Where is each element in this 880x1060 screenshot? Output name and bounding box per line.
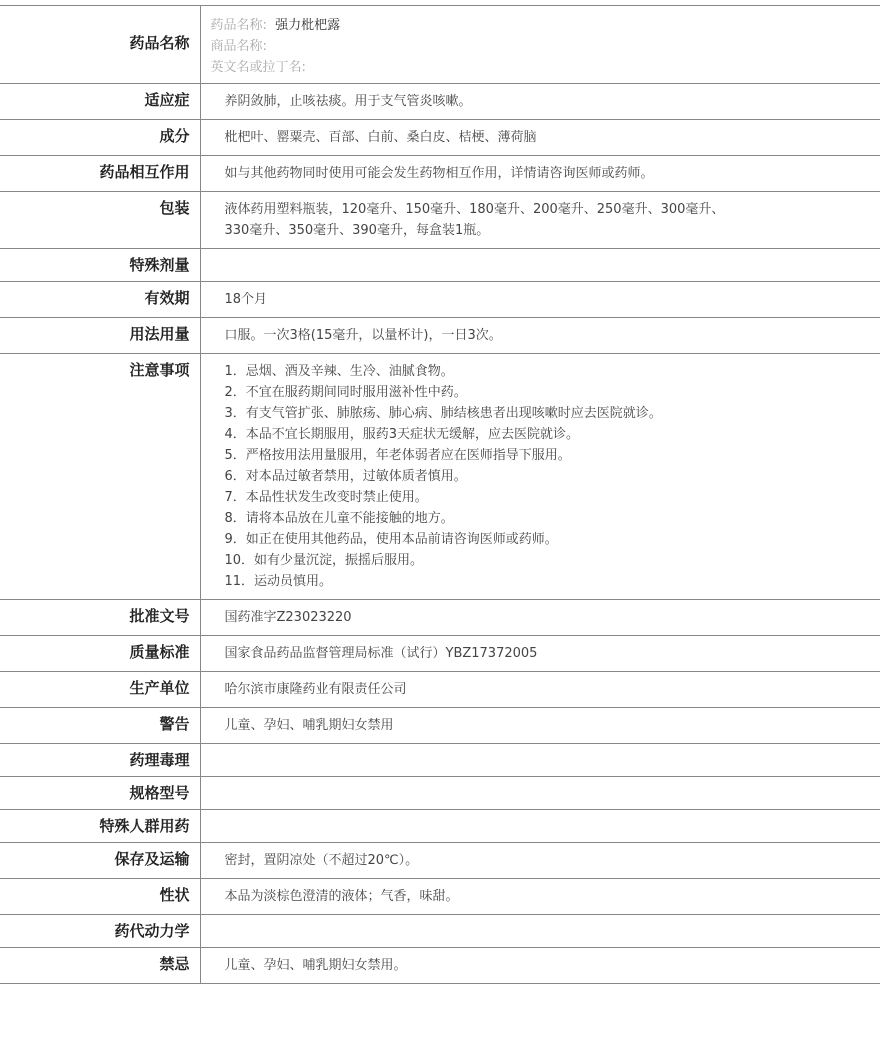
row-precautions: 注意事项 1．忌烟、酒及辛辣、生冷、油腻食物。 2．不宜在服药期间同时服用滋补性…	[0, 354, 880, 600]
label-indications: 适应症	[0, 84, 200, 120]
value-special-dosage	[200, 249, 880, 282]
value-contraindications: 儿童、孕妇、哺乳期妇女禁用。	[200, 948, 880, 984]
precaution-item: 1．忌烟、酒及辛辣、生冷、油腻食物。	[225, 361, 880, 382]
label-warning: 警告	[0, 708, 200, 744]
value-pharmacokinetics	[200, 915, 880, 948]
value-specification	[200, 777, 880, 810]
precaution-item: 2．不宜在服药期间同时服用滋补性中药。	[225, 382, 880, 403]
label-approval-number: 批准文号	[0, 600, 200, 636]
trade-name-line: 商品名称:	[211, 36, 880, 57]
value-shelf-life: 18个月	[200, 282, 880, 318]
label-manufacturer: 生产单位	[0, 672, 200, 708]
row-warning: 警告 儿童、孕妇、哺乳期妇女禁用	[0, 708, 880, 744]
value-warning: 儿童、孕妇、哺乳期妇女禁用	[200, 708, 880, 744]
value-packaging: 液体药用塑料瓶装，120毫升、150毫升、180毫升、200毫升、250毫升、3…	[200, 192, 880, 249]
precaution-item: 9．如正在使用其他药品，使用本品前请咨询医师或药师。	[225, 529, 880, 550]
value-ingredients: 枇杷叶、罂粟壳、百部、白前、桑白皮、桔梗、薄荷脑	[200, 120, 880, 156]
row-quality-standard: 质量标准 国家食品药品监督管理局标准（试行）YBZ17372005	[0, 636, 880, 672]
label-shelf-life: 有效期	[0, 282, 200, 318]
value-precautions: 1．忌烟、酒及辛辣、生冷、油腻食物。 2．不宜在服药期间同时服用滋补性中药。 3…	[200, 354, 880, 600]
value-indications: 养阴敛肺，止咳祛痰。用于支气管炎咳嗽。	[200, 84, 880, 120]
label-interactions: 药品相互作用	[0, 156, 200, 192]
row-contraindications: 禁忌 儿童、孕妇、哺乳期妇女禁用。	[0, 948, 880, 984]
row-storage-transport: 保存及运输 密封，置阴凉处（不超过20℃）。	[0, 843, 880, 879]
label-contraindications: 禁忌	[0, 948, 200, 984]
precaution-item: 6．对本品过敏者禁用，过敏体质者慎用。	[225, 466, 880, 487]
generic-name-line: 药品名称: 强力枇杷露	[211, 15, 880, 36]
precautions-list: 1．忌烟、酒及辛辣、生冷、油腻食物。 2．不宜在服药期间同时服用滋补性中药。 3…	[225, 361, 880, 592]
generic-name-value: 强力枇杷露	[275, 18, 340, 33]
value-quality-standard: 国家食品药品监督管理局标准（试行）YBZ17372005	[200, 636, 880, 672]
row-ingredients: 成分 枇杷叶、罂粟壳、百部、白前、桑白皮、桔梗、薄荷脑	[0, 120, 880, 156]
label-precautions: 注意事项	[0, 354, 200, 600]
row-description: 性状 本品为淡棕色澄清的液体；气香，味甜。	[0, 879, 880, 915]
label-storage-transport: 保存及运输	[0, 843, 200, 879]
label-ingredients: 成分	[0, 120, 200, 156]
precaution-item: 11．运动员慎用。	[225, 571, 880, 592]
row-interactions: 药品相互作用 如与其他药物同时使用可能会发生药物相互作用，详情请咨询医师或药师。	[0, 156, 880, 192]
value-usage: 口服。一次3格(15毫升，以量杯计)，一日3次。	[200, 318, 880, 354]
label-special-dosage: 特殊剂量	[0, 249, 200, 282]
row-pharmacokinetics: 药代动力学	[0, 915, 880, 948]
value-description: 本品为淡棕色澄清的液体；气香，味甜。	[200, 879, 880, 915]
precaution-item: 7．本品性状发生改变时禁止使用。	[225, 487, 880, 508]
latin-name-line: 英文名或拉丁名:	[211, 57, 880, 78]
row-shelf-life: 有效期 18个月	[0, 282, 880, 318]
row-special-dosage: 特殊剂量	[0, 249, 880, 282]
row-special-populations: 特殊人群用药	[0, 810, 880, 843]
value-storage-transport: 密封，置阴凉处（不超过20℃）。	[200, 843, 880, 879]
value-approval-number: 国药准字Z23023220	[200, 600, 880, 636]
value-special-populations	[200, 810, 880, 843]
value-manufacturer: 哈尔滨市康隆药业有限责任公司	[200, 672, 880, 708]
label-special-populations: 特殊人群用药	[0, 810, 200, 843]
row-manufacturer: 生产单位 哈尔滨市康隆药业有限责任公司	[0, 672, 880, 708]
row-pharmacology-toxicology: 药理毒理	[0, 744, 880, 777]
label-quality-standard: 质量标准	[0, 636, 200, 672]
row-approval-number: 批准文号 国药准字Z23023220	[0, 600, 880, 636]
label-drug-name: 药品名称	[0, 6, 200, 84]
value-drug-name: 药品名称: 强力枇杷露 商品名称: 英文名或拉丁名:	[200, 6, 880, 84]
value-interactions: 如与其他药物同时使用可能会发生药物相互作用，详情请咨询医师或药师。	[200, 156, 880, 192]
drug-spec-table: 药品名称 药品名称: 强力枇杷露 商品名称: 英文名或拉丁名: 适应症 养阴敛肺…	[0, 5, 880, 984]
row-specification: 规格型号	[0, 777, 880, 810]
precaution-item: 5．严格按用法用量服用，年老体弱者应在医师指导下服用。	[225, 445, 880, 466]
label-packaging: 包装	[0, 192, 200, 249]
row-drug-name: 药品名称 药品名称: 强力枇杷露 商品名称: 英文名或拉丁名:	[0, 6, 880, 84]
precaution-item: 3．有支气管扩张、肺脓疡、肺心病、肺结核患者出现咳嗽时应去医院就诊。	[225, 403, 880, 424]
label-pharmacology-toxicology: 药理毒理	[0, 744, 200, 777]
value-pharmacology-toxicology	[200, 744, 880, 777]
precaution-item: 8．请将本品放在儿童不能接触的地方。	[225, 508, 880, 529]
precaution-item: 4．本品不宜长期服用，服药3天症状无缓解，应去医院就诊。	[225, 424, 880, 445]
row-usage: 用法用量 口服。一次3格(15毫升，以量杯计)，一日3次。	[0, 318, 880, 354]
row-packaging: 包装 液体药用塑料瓶装，120毫升、150毫升、180毫升、200毫升、250毫…	[0, 192, 880, 249]
row-indications: 适应症 养阴敛肺，止咳祛痰。用于支气管炎咳嗽。	[0, 84, 880, 120]
label-usage: 用法用量	[0, 318, 200, 354]
precaution-item: 10．如有少量沉淀，振摇后服用。	[225, 550, 880, 571]
label-pharmacokinetics: 药代动力学	[0, 915, 200, 948]
label-description: 性状	[0, 879, 200, 915]
label-specification: 规格型号	[0, 777, 200, 810]
